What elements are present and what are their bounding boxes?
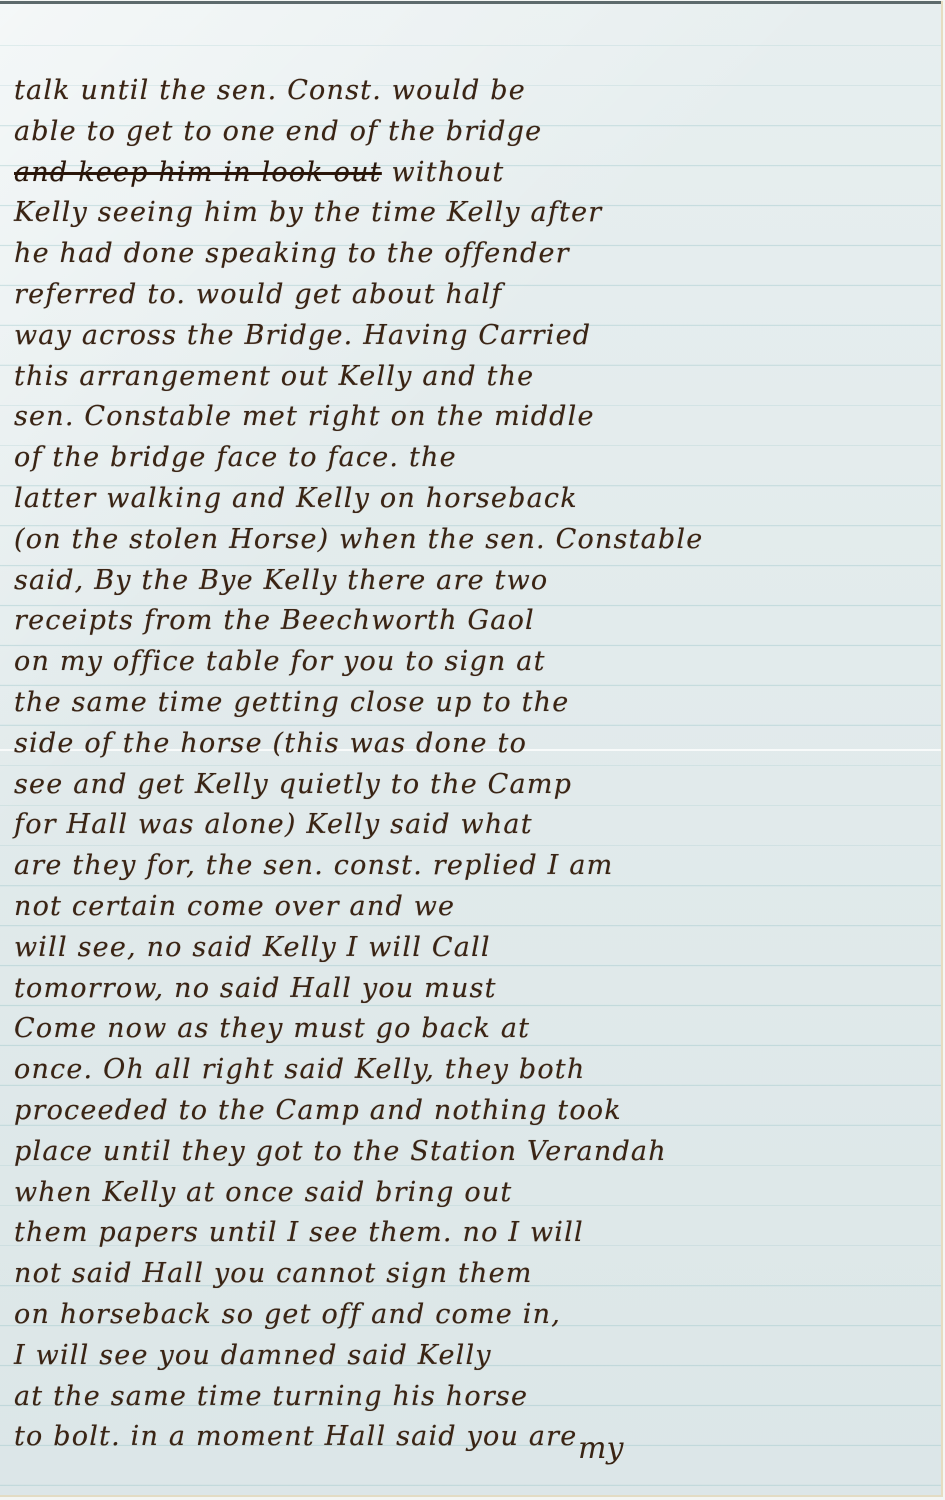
text-line-32: I will see you damned said Kelly [14,1336,754,1377]
text-line-6: referred to. would get about half [14,275,754,316]
text-line-33: at the same time turning his horse [14,1377,754,1418]
text-line-3-remaining: without [392,157,505,188]
text-line-14: receipts from the Beechworth Gaol [14,601,754,642]
text-line-19: for Hall was alone) Kelly said what [14,805,754,846]
text-line-4: Kelly seeing him by the time Kelly after [14,193,754,234]
text-line-7: way across the Bridge. Having Carried [14,316,754,357]
text-line-11: latter walking and Kelly on horseback [14,479,754,520]
handwritten-text-block: talk until the sen. Const. would be able… [14,71,754,1458]
text-line-12: (on the stolen Horse) when the sen. Cons… [14,520,754,561]
text-line-10: of the bridge face to face. the [14,438,754,479]
text-line-23: tomorrow, no said Hall you must [14,969,754,1010]
text-line-25: once. Oh all right said Kelly, they both [14,1050,754,1091]
text-line-1: talk until the sen. Const. would be [14,71,754,112]
page-top-edge [0,1,941,4]
text-line-15: on my office table for you to sign at [14,642,754,683]
text-line-22: will see, no said Kelly I will Call [14,928,754,969]
text-line-13: said, By the Bye Kelly there are two [14,561,754,602]
struck-through-text: and keep him in look out [14,157,382,188]
text-line-5: he had done speaking to the offender [14,234,754,275]
text-line-34: to bolt. in a moment Hall said you are [14,1417,754,1458]
catchword: my [578,1431,623,1466]
text-line-21: not certain come over and we [14,887,754,928]
text-line-29: them papers until I see them. no I will [14,1213,754,1254]
text-line-31: on horseback so get off and come in, [14,1295,754,1336]
text-line-2: able to get to one end of the bridge [14,112,754,153]
text-line-28: when Kelly at once said bring out [14,1173,754,1214]
text-line-8: this arrangement out Kelly and the [14,357,754,398]
text-line-26: proceeded to the Camp and nothing took [14,1091,754,1132]
text-line-20: are they for, the sen. const. replied I … [14,846,754,887]
manuscript-page: talk until the sen. Const. would be able… [0,1,943,1497]
text-line-17: side of the horse (this was done to [14,724,754,765]
text-line-3: and keep him in look out without [14,153,754,194]
text-line-30: not said Hall you cannot sign them [14,1254,754,1295]
text-line-24: Come now as they must go back at [14,1009,754,1050]
text-line-16: the same time getting close up to the [14,683,754,724]
text-line-27: place until they got to the Station Vera… [14,1132,754,1173]
text-line-18: see and get Kelly quietly to the Camp [14,765,754,806]
text-line-9: sen. Constable met right on the middle [14,397,754,438]
